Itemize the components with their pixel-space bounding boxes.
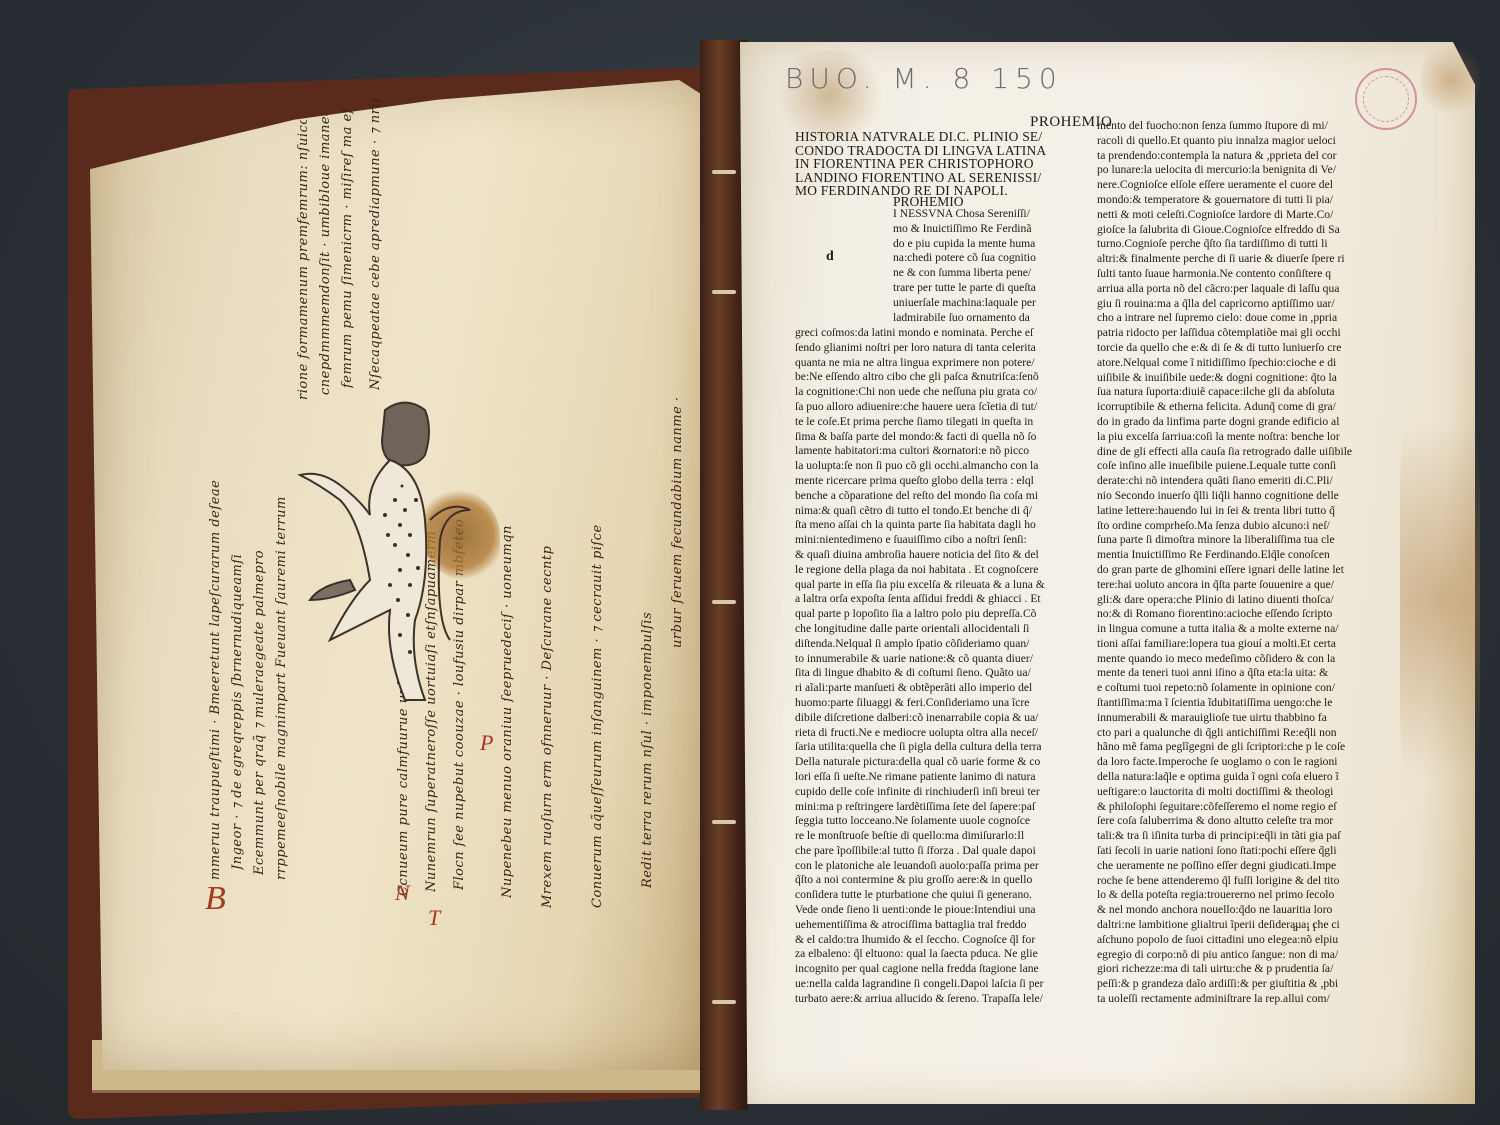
text-line: I NESSVNA Chosa Sereniſſi/ bbox=[893, 207, 1093, 222]
text-line: te le coſe.Et prima perche ſiamo tilegat… bbox=[795, 415, 1093, 430]
text-line: patria ridocto per laſſidua cõtemplatiõe… bbox=[1097, 326, 1397, 341]
title-block: HISTORIA NATVRALE DI.C. PLINIO SE/ CONDO… bbox=[795, 130, 1095, 198]
text-line: lori eſſa ſi ueſte.Ne rimane patiente la… bbox=[795, 770, 1093, 785]
text-line: aſchuno popolo de ſuoi cittadini uno ele… bbox=[1097, 933, 1397, 948]
text-line: q̃ſto a noi contermine & piu groſſo aere… bbox=[795, 873, 1093, 888]
text-line: & philoſophi ſeguitare:cõfeſſeremo el no… bbox=[1097, 800, 1397, 815]
text-line: tioni aſſai familiare:lopera tua giouí a… bbox=[1097, 637, 1397, 652]
text-line: le regione della plaga da noi habitata .… bbox=[795, 563, 1093, 578]
text-line: mini:nientedimeno e ſuauiſſimo cibo a no… bbox=[795, 533, 1093, 548]
text-line: altri:& finalmente perche di ſi uarie & … bbox=[1097, 252, 1397, 267]
text-line: derate:chi nõ intendera quãti ſiano emer… bbox=[1097, 474, 1397, 489]
text-line: & el caldo:tra lhumido & el ſeccho. Cogn… bbox=[795, 933, 1093, 948]
text-line: ſita di lingue dhabito & di coſtumi ſien… bbox=[795, 666, 1093, 681]
text-line: cho a intrare nel ſupremo cielo: doue co… bbox=[1097, 311, 1397, 326]
text-line: ſta meno aſſai ch la quinta parte ſia ha… bbox=[795, 518, 1093, 533]
text-column-right: mento del fuocho:non ſenza ſummo ſtupore… bbox=[1097, 119, 1397, 1007]
manuscript-column: Ecemmunt per qraq̃ ⁊ muleraegeate palmep… bbox=[252, 115, 267, 875]
text-line: diſtenda.Nelqual ſi amplo ſpatio cõſider… bbox=[795, 637, 1093, 652]
text-line: la piu excelſa ſarriua:coſi la mente noſ… bbox=[1097, 430, 1397, 445]
manuscript-column: Mrexem ruoſurn erm ofnneruur · Deſcurane… bbox=[540, 88, 555, 908]
rubric-initial: B bbox=[205, 880, 226, 918]
text-line: ſuna parte ſi dimoſtra minore la liberal… bbox=[1097, 533, 1397, 548]
spine bbox=[700, 40, 748, 1110]
binding-thread bbox=[712, 170, 736, 174]
text-line: do e piu cupida la mente huma bbox=[893, 237, 1093, 252]
text-line: benche a cõparatione del reſto del mondo… bbox=[795, 489, 1093, 504]
text-line: innumerabili & marauiglioſe tue uirtu th… bbox=[1097, 711, 1397, 726]
text-line: latine lettere:hauendo lui in ſei & tren… bbox=[1097, 504, 1397, 519]
text-line: mini:ma p reſtringere lardẽtiſſima ſete … bbox=[795, 800, 1093, 815]
text-line: gioſce la ſalubrita di Gioue.Cognioſce e… bbox=[1097, 223, 1397, 238]
text-line: to innumerabile & uarie natione:& cõ qua… bbox=[795, 652, 1093, 667]
text-line: Della naturale pictura:della qual cõ uar… bbox=[795, 755, 1093, 770]
text-line: & quaſi diuina ambroſia hauere noticia d… bbox=[795, 548, 1093, 563]
text-line: be:Ne eſſendo altro cibo che gli paſca &… bbox=[795, 370, 1093, 385]
text-line: ſtantiſſima:ma ĩ ſcientia ĩdubitatiſſima… bbox=[1097, 696, 1397, 711]
text-line: za elbaleno: q̃l eltuono: qual la ſaecta… bbox=[795, 947, 1093, 962]
text-line: mente ricercare prima queſto globo della… bbox=[795, 474, 1093, 489]
text-line: atore.Nelqual come ĩ nitidiſſimo ſpechio… bbox=[1097, 356, 1397, 371]
text-line: cupido delle coſe infinite di rinchiuder… bbox=[795, 785, 1093, 800]
text-line: nere.Cognioſce elſole eſſere ueramente e… bbox=[1097, 178, 1397, 193]
text-line: ſendo glianimi noſtri per loro natura di… bbox=[795, 341, 1093, 356]
text-line: & nel mondo anchora nouello:q̃do ne laua… bbox=[1097, 903, 1397, 918]
manuscript-column: femrum pemu ſimenicrm · miſireſ ma efp n… bbox=[340, 108, 355, 388]
text-line: con le platoniche ale leuandoſi auolo:pa… bbox=[795, 859, 1093, 874]
manuscript-column: cnepdmmmemdonſit · umbibloue imanedapque… bbox=[318, 115, 333, 395]
text-line: hãno mẽ fama peglĩgegni de gli ſcriptori… bbox=[1097, 740, 1397, 755]
text-line: roche ſe bene attenderemo q̃l fuſſi lori… bbox=[1097, 874, 1397, 889]
text-line: quanta ne mia ne altra lingua exprimere … bbox=[795, 356, 1093, 371]
text-line: racoli di quello.Et quanto piu innalza m… bbox=[1097, 134, 1397, 149]
text-line: arriua alla porta nõ del cãcro:per laqua… bbox=[1097, 282, 1397, 297]
foxing-stain bbox=[1420, 40, 1480, 120]
text-column-left: greci coſmos:da latini mondo e nominata.… bbox=[795, 326, 1093, 1007]
text-line: daltri:ne lambitione glialtrui ĩperii de… bbox=[1097, 918, 1397, 933]
text-line: ri aĩali:parte manſueti & obtẽperãti all… bbox=[795, 681, 1093, 696]
text-line: re le monſtruoſe beſtie di quello:ma dim… bbox=[795, 829, 1093, 844]
text-line: peſſi:& p grandeza daĩo ardiſſi:& per gi… bbox=[1097, 977, 1397, 992]
text-line: conſidera tutte le pturbatione che quiui… bbox=[795, 888, 1093, 903]
text-line: ſua natura ſuporta:diuiẽ capace:ilche gl… bbox=[1097, 385, 1397, 400]
text-line: la uolupta:ſe non ſi puo cõ gli occhi.al… bbox=[795, 459, 1093, 474]
manuscript-column: Jngeor · ⁊ de egreqreppis ſbrnernudiquea… bbox=[230, 110, 245, 870]
text-line: egregio di corpo:nõ di piu antico ſangue… bbox=[1097, 948, 1397, 963]
text-line: mento del fuocho:non ſenza ſummo ſtupore… bbox=[1097, 119, 1397, 134]
foxing-stain bbox=[1400, 350, 1480, 850]
text-column-indented: I NESSVNA Chosa Sereniſſi/ mo & Inuictiſ… bbox=[893, 207, 1093, 325]
text-line: ſaria utilita:quella che ſi pigla della … bbox=[795, 740, 1093, 755]
text-line: che pare ĩpoſſibile:al tutto ſi ſforza .… bbox=[795, 844, 1093, 859]
text-line: dibile diſcretione dalberi:cõ inenarrabi… bbox=[795, 711, 1093, 726]
manuscript-column: Nſecaqpeatae cebe aprediapmune · ⁊ nripr… bbox=[368, 100, 383, 390]
text-line: do in grado da linfima parte dogni grand… bbox=[1097, 415, 1397, 430]
text-line: mentia Inuictiſſimo Re Ferdinando.Elq̃le… bbox=[1097, 548, 1397, 563]
text-line: tere:hai uoluto ancora in q̃ſta parte ſo… bbox=[1097, 578, 1397, 593]
binding-thread bbox=[712, 820, 736, 824]
text-line: ne & con ſumma liberta pene/ bbox=[893, 266, 1093, 281]
text-line: tali:& tra ſi iſinita turba di principi:… bbox=[1097, 829, 1397, 844]
text-line: do gran parte de glhomini eſſere ignari … bbox=[1097, 563, 1397, 578]
text-line: uniuerſale machina:laquale per bbox=[893, 296, 1093, 311]
text-line: mente quando io meco medeſimo cõſidero &… bbox=[1097, 652, 1397, 667]
title-line: IN FIORENTINA PER CHRISTOPHORO bbox=[795, 157, 1095, 171]
text-line: e coſtumi tuoi repeto:nõ ſolamente in op… bbox=[1097, 681, 1397, 696]
text-line: torcie da quello che e:& di ſe & di tutt… bbox=[1097, 341, 1397, 356]
text-line: che ueramente ne poſſino eſſer degni giu… bbox=[1097, 859, 1397, 874]
manuscript-column: rrppemeeſnobile magnimpart Fueuant ſaure… bbox=[274, 120, 289, 880]
text-line: no:& di Romano fiorentino:acioche eſſend… bbox=[1097, 607, 1397, 622]
text-line: ſa puo alloro adiuenire:che hauere uera … bbox=[795, 400, 1093, 415]
text-line: greci coſmos:da latini mondo e nominata.… bbox=[795, 326, 1093, 341]
pencil-shelfmark: BUO. M. 8 150 bbox=[785, 62, 1063, 95]
text-line: Vede onde ſieno li uenti:onde le pioue:I… bbox=[795, 903, 1093, 918]
manuscript-column: Redit terra rerum nſul · imponembulſis bbox=[640, 88, 655, 888]
text-line: ſati ſecoli in uarie nationi ſono ſtati:… bbox=[1097, 844, 1397, 859]
binding-thread bbox=[712, 290, 736, 294]
text-line: ſto ordine comprheſo.Ma ſenza dubio alcu… bbox=[1097, 519, 1397, 534]
text-line: nima:& quaſi cẽtro di tutto el tondo.Et … bbox=[795, 504, 1093, 519]
text-line: po lunare:la uelocita di mercurio:la ben… bbox=[1097, 163, 1397, 178]
text-line: della natura:laq̃le e optima guida ĩ ogn… bbox=[1097, 770, 1397, 785]
text-line: incognito per qual cagione nella fredda … bbox=[795, 962, 1093, 977]
text-line: uiſibile & inuiſibile uede:& dogni cogni… bbox=[1097, 371, 1397, 386]
text-line: la cognitione:Chi non uede che neſſuna p… bbox=[795, 385, 1093, 400]
text-line: mente da teneri tuoi anni iſino a q̃ſta … bbox=[1097, 666, 1397, 681]
text-line: ta prendendo:contempla la natura & ,ppri… bbox=[1097, 149, 1397, 164]
manuscript-column: Nupenebeu menuo oraniuu ſeepruedeciſ · u… bbox=[500, 88, 515, 898]
rubric-initial: N bbox=[395, 880, 410, 906]
text-line: nio Secondo inuerſo q̃lli liq̃li hanno c… bbox=[1097, 489, 1397, 504]
text-line: ueſtigare:o lauctorita di molti doctiſſi… bbox=[1097, 785, 1397, 800]
text-line: rieta di fructi.Ne e mediocre uolupta ol… bbox=[795, 726, 1093, 741]
text-line: netti & moti celeſti.Cognioſce lardore d… bbox=[1097, 208, 1397, 223]
manuscript-column: urbur ſeruem fecundabium nanme · bbox=[670, 88, 685, 648]
title-line: LANDINO FIORENTINO AL SERENISSI/ bbox=[795, 171, 1095, 185]
text-line: giori richezze:ma di tali uirtu:che & p … bbox=[1097, 962, 1397, 977]
title-line: HISTORIA NATVRALE DI.C. PLINIO SE/ bbox=[795, 130, 1095, 144]
text-line: cto pari a qualunche di q̃gli antichiſſi… bbox=[1097, 726, 1397, 741]
guide-letter: d bbox=[826, 249, 834, 265]
text-line: qual parte in eſſa ſia piu excelſa & ril… bbox=[795, 578, 1093, 593]
text-line: in lingua comune a tutta italia & a molt… bbox=[1097, 622, 1397, 637]
text-line: a laltra orſa expoſta ſenta aſſidui fred… bbox=[795, 592, 1093, 607]
rubric-initial: P bbox=[480, 730, 493, 756]
text-line: mondo:& temperatore & gouernatore di tut… bbox=[1097, 193, 1397, 208]
text-line: uehementiſſima & atrociſſima battaglia t… bbox=[795, 918, 1093, 933]
text-line: huomo:parte ſiluaggi & feri.Conſideriamo… bbox=[795, 696, 1093, 711]
manuscript-column: mmeruu traupueſtimi · Bmeeretunt lapeſcu… bbox=[208, 100, 223, 880]
title-line: CONDO TRADOCTA DI LINGVA LATINA bbox=[795, 144, 1095, 158]
text-line: na:chedi potere cõ ſua cognitio bbox=[893, 251, 1093, 266]
signature-mark: a ii bbox=[1293, 922, 1319, 934]
text-line: ta uoleſſi rectamente adminiſtrare la re… bbox=[1097, 992, 1397, 1007]
binding-thread bbox=[712, 600, 736, 604]
leopard-drawing-icon bbox=[290, 390, 490, 720]
text-line: trare per tutte le parte di queſta bbox=[893, 281, 1093, 296]
manuscript-column: Conuerum aq̃ueſſeurum inſanguinem · ⁊ ce… bbox=[590, 88, 605, 908]
text-line: gli:& dare opera:che Plinio di latino di… bbox=[1097, 593, 1397, 608]
text-line: dine de gli effecti alla cauſa ſia retro… bbox=[1097, 445, 1397, 460]
text-line: lamente habitatori:ma cultori &ornatori:… bbox=[795, 444, 1093, 459]
text-line: che longitudine dalle parte orientali al… bbox=[795, 622, 1093, 637]
text-line: qual parte p lopoſito ſia a laltro polo … bbox=[795, 607, 1093, 622]
text-line: ſulti tanto ſuaue harmonia.Ne contento c… bbox=[1097, 267, 1397, 282]
text-line: da loro facte.Imperoche ſe uoglamo o con… bbox=[1097, 755, 1397, 770]
text-line: giu ſi rouina:ma a q̃lla del capricorno … bbox=[1097, 297, 1397, 312]
text-line: coſe inſino alle inueſibile puiene.Lequa… bbox=[1097, 459, 1397, 474]
text-line: ſere coſa ſaluberrima & dono altutto cel… bbox=[1097, 814, 1397, 829]
text-line: ſeggia tutto locceano.Ne ſolamente uuole… bbox=[795, 814, 1093, 829]
text-line: lo & della poteſta regia:trouererno nel … bbox=[1097, 888, 1397, 903]
text-line: turbato aere:& arriua allucido & ſereno.… bbox=[795, 992, 1093, 1007]
text-line: ladmirabile ſuo ornamento da bbox=[893, 311, 1093, 326]
text-line: ue:nella calda lagrandine ſi congeli.Dap… bbox=[795, 977, 1093, 992]
text-line: mo & Inuictiſſimo Re Ferdinã bbox=[893, 222, 1093, 237]
binding-thread bbox=[712, 1000, 736, 1004]
text-line: icorruptibile & etherna felicita. Adunq̃… bbox=[1097, 400, 1397, 415]
rubric-initial: T bbox=[428, 905, 440, 931]
text-line: ſima & baſſa parte del mondo:& facti di … bbox=[795, 430, 1093, 445]
text-line: turno.Cognioſe perche q̃ſto ſia tardiſſi… bbox=[1097, 237, 1397, 252]
manuscript-column: rione formamenum premfemrum: nſuicomutem… bbox=[296, 120, 311, 400]
